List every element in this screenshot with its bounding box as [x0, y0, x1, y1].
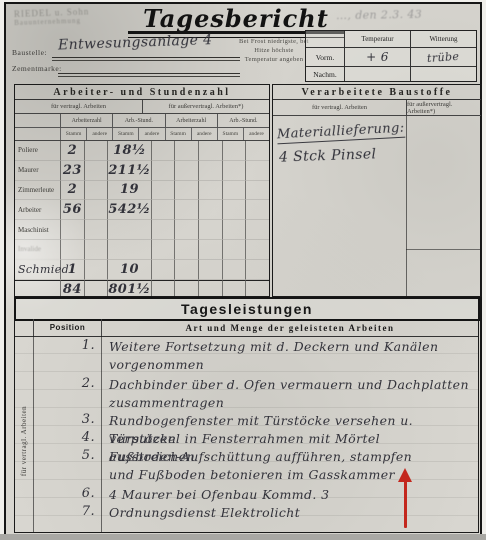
materials-table-body: Materiallieferung: 4 Stck Pinsel — [273, 116, 481, 296]
empty-cell — [174, 220, 198, 240]
vorm-witterung: trübe — [410, 47, 476, 66]
cell-arb-stund: 18½ — [107, 141, 150, 161]
cell-arb-stund: 211½ — [107, 161, 150, 181]
empty-cell — [222, 220, 246, 240]
col-arb-stund: Arb.-Stund. — [112, 114, 164, 127]
cell-arbeiterzahl: 2 — [60, 141, 84, 161]
vorm-temperatur: + 6 — [344, 47, 410, 66]
empty-cell — [245, 161, 269, 181]
value: 542½ — [108, 202, 150, 217]
cell-arb-stund: 19 — [107, 181, 150, 201]
row-label: Maurer — [15, 161, 60, 181]
value: 23 — [63, 163, 82, 178]
materials-table-title: Verarbeitete Baustoffe — [273, 85, 481, 100]
empty-cell — [198, 220, 222, 240]
sub-andere: andere — [86, 128, 112, 140]
position-table-header: Position Art und Menge der geleisteten A… — [14, 319, 479, 337]
red-arrow-icon — [398, 468, 412, 482]
workers-subcol-header: Stamm andere Stamm andere Stamm andere S… — [15, 128, 269, 141]
empty-cell — [245, 240, 269, 260]
value: 18½ — [113, 143, 146, 158]
row-vorm-label: Vorm. — [306, 47, 344, 66]
value: 211½ — [108, 163, 150, 178]
entry-number: 3. — [73, 412, 95, 427]
empty-cell — [151, 161, 175, 181]
side-column-divider — [33, 336, 34, 532]
empty-cell — [84, 161, 108, 181]
baustelle-underline — [52, 57, 240, 61]
red-arrow-tail — [404, 481, 407, 528]
empty-cell — [174, 141, 198, 161]
empty-cell — [151, 260, 175, 280]
group-extra: für außervertragl. Arbeiten*) — [142, 100, 269, 113]
empty-cell — [15, 319, 33, 336]
empty-cell — [151, 141, 175, 161]
empty-cell — [174, 240, 198, 260]
col-temperatur: Temperatur — [344, 31, 410, 47]
empty-cell — [245, 220, 269, 240]
empty-cell — [151, 240, 175, 260]
materials-column-divider — [406, 116, 407, 296]
materials-entry-line2: 4 Stck Pinsel — [279, 146, 377, 165]
scan-edge-shadow — [0, 534, 486, 540]
col-arbeiterzahl-2: Arbeiterzahl — [165, 114, 217, 127]
position-table-body: für vertragl. Arbeiten 1. Weitere Fortse… — [14, 336, 479, 533]
vorm-temperatur-value: + 6 — [366, 50, 389, 64]
cell-arbeiterzahl: 56 — [60, 200, 84, 220]
date-line: …, den 2.3. 43 — [336, 7, 478, 22]
col-arbeiterzahl: Arbeiterzahl — [60, 114, 112, 127]
temperature-note: Bei Frost niedrigste, bei Hitze höchste … — [238, 37, 310, 64]
baustelle-label: Baustelle: — [12, 48, 47, 57]
empty-cell — [198, 240, 222, 260]
cell-arb-stund: 10 — [107, 260, 150, 280]
empty-cell — [245, 200, 269, 220]
materials-table: Verarbeitete Baustoffe für vertragl. Arb… — [272, 84, 482, 297]
empty-cell — [198, 141, 222, 161]
row-nachm-label: Nachm. — [306, 66, 344, 81]
empty-cell — [245, 141, 269, 161]
empty-cell — [151, 200, 175, 220]
empty-cell — [15, 128, 60, 140]
entry-number: 1. — [73, 338, 95, 353]
weather-table: Temperatur Witterung Vorm. + 6 trübe Nac… — [305, 30, 477, 82]
cell-arbeiterzahl: 2 — [60, 181, 84, 201]
row-label: Arbeiter — [15, 200, 60, 220]
empty-cell — [84, 260, 108, 280]
row-label: Poliere — [15, 141, 60, 161]
empty-cell — [245, 260, 269, 280]
empty-cell — [174, 200, 198, 220]
workers-col-header: Arbeiterzahl Arb.-Stund. Arbeiterzahl Ar… — [15, 114, 269, 128]
entry-text: Ordnungsdienst Elektrolicht — [109, 504, 469, 522]
zementmarke-underline — [58, 73, 240, 77]
value: 2 — [68, 143, 77, 158]
row-label: Maschinist — [15, 220, 60, 240]
zementmarke-label: Zementmarke: — [12, 64, 62, 73]
col-position: Position — [33, 319, 101, 336]
entry-number: 6. — [73, 486, 95, 501]
row-label: Zimmerleute — [15, 181, 60, 201]
workers-table-title: Arbeiter- und Stundenzahl — [15, 85, 269, 100]
empty-cell — [84, 220, 108, 240]
empty-cell — [15, 114, 60, 127]
entry-text: 4 Maurer bei Ofenbau Kommd. 3 — [109, 486, 469, 504]
sub-andere: andere — [243, 128, 269, 140]
materials-col-header: für vertragl. Arbeiten für außervertragl… — [273, 100, 481, 116]
cell-arbeiterzahl: 23 — [60, 161, 84, 181]
value: 56 — [63, 202, 82, 217]
sub-andere: andere — [138, 128, 164, 140]
entry-number: 2. — [73, 376, 95, 391]
empty-cell — [174, 161, 198, 181]
nachm-temperatur — [344, 66, 410, 81]
value: 2 — [68, 182, 77, 197]
cell-arbeiterzahl — [60, 220, 84, 240]
vorm-witterung-value: trübe — [427, 49, 460, 64]
empty-cell — [198, 161, 222, 181]
col-arb-stund-2: Arb.-Stund. — [217, 114, 269, 127]
value: 19 — [120, 182, 139, 197]
empty-cell — [222, 161, 246, 181]
empty-cell — [222, 200, 246, 220]
empty-cell — [222, 260, 246, 280]
entry-text: Dachbinder über d. Ofen vermauern und Da… — [109, 376, 469, 412]
empty-cell — [84, 240, 108, 260]
workers-hours-table: Arbeiter- und Stundenzahl für vertragl. … — [14, 84, 270, 297]
row-label: Invalide — [15, 240, 60, 260]
sub-stamm: Stamm — [60, 128, 86, 140]
document-sheet: RIEDEL u. Sohn Bauunternehmung Tagesberi… — [4, 2, 482, 536]
empty-cell — [198, 260, 222, 280]
materials-entry-line1: Materiallieferung: — [277, 121, 405, 145]
empty-cell — [198, 200, 222, 220]
value: 1 — [68, 262, 77, 277]
empty-cell — [198, 181, 222, 201]
empty-cell — [306, 31, 344, 47]
empty-cell — [151, 220, 175, 240]
workers-group-header: für vertragl. Arbeiten für außervertragl… — [15, 100, 269, 114]
side-label-vertical: für vertragl. Arbeiten — [15, 362, 33, 520]
empty-cell — [222, 141, 246, 161]
sub-stamm: Stamm — [165, 128, 191, 140]
value: 801½ — [108, 282, 150, 297]
empty-cell — [84, 141, 108, 161]
baustelle-value: Entwesungsanlage 4 — [58, 31, 258, 54]
empty-cell — [245, 181, 269, 201]
materials-hline — [406, 249, 481, 250]
entry-text: Fußboden-Aufschüttung aufführen, stampfe… — [109, 448, 439, 484]
col-art-und-menge: Art und Menge der geleisteten Arbeiten — [101, 319, 478, 336]
value: Schmied — [18, 263, 69, 276]
page-title: Tagesbericht — [116, 4, 356, 33]
position-column-divider — [101, 336, 102, 532]
group-contract: für vertragl. Arbeiten — [15, 100, 142, 113]
entry-text: Weitere Fortsetzung mit d. Deckern und K… — [109, 338, 461, 374]
empty-cell — [174, 181, 198, 201]
row-label-handwritten: Schmied — [15, 260, 60, 280]
empty-cell — [84, 181, 108, 201]
nachm-witterung — [410, 66, 476, 81]
empty-cell — [222, 181, 246, 201]
cell-arb-stund: 542½ — [107, 200, 150, 220]
cell-arb-stund — [107, 240, 150, 260]
value: 10 — [120, 262, 139, 277]
sub-stamm: Stamm — [112, 128, 138, 140]
entry-number: 7. — [73, 504, 95, 519]
entry-number: 4. — [73, 430, 95, 445]
col-witterung: Witterung — [410, 31, 476, 47]
entry-number: 5. — [73, 448, 95, 463]
workers-table-body: Poliere 2 18½ Maurer 23 211½ Zimmerleute… — [15, 141, 269, 299]
cell-arbeiterzahl — [60, 240, 84, 260]
empty-cell — [151, 181, 175, 201]
empty-cell — [174, 260, 198, 280]
col-contract: für vertragl. Arbeiten — [273, 100, 406, 115]
empty-cell — [222, 240, 246, 260]
tagesleistungen-band: Tagesleistungen — [14, 297, 480, 321]
col-extra: für außervertragl. Arbeiten*) — [406, 100, 481, 115]
sub-stamm: Stamm — [217, 128, 243, 140]
value: 84 — [63, 282, 82, 297]
empty-cell — [84, 200, 108, 220]
sub-andere: andere — [191, 128, 217, 140]
cell-arb-stund — [107, 220, 150, 240]
